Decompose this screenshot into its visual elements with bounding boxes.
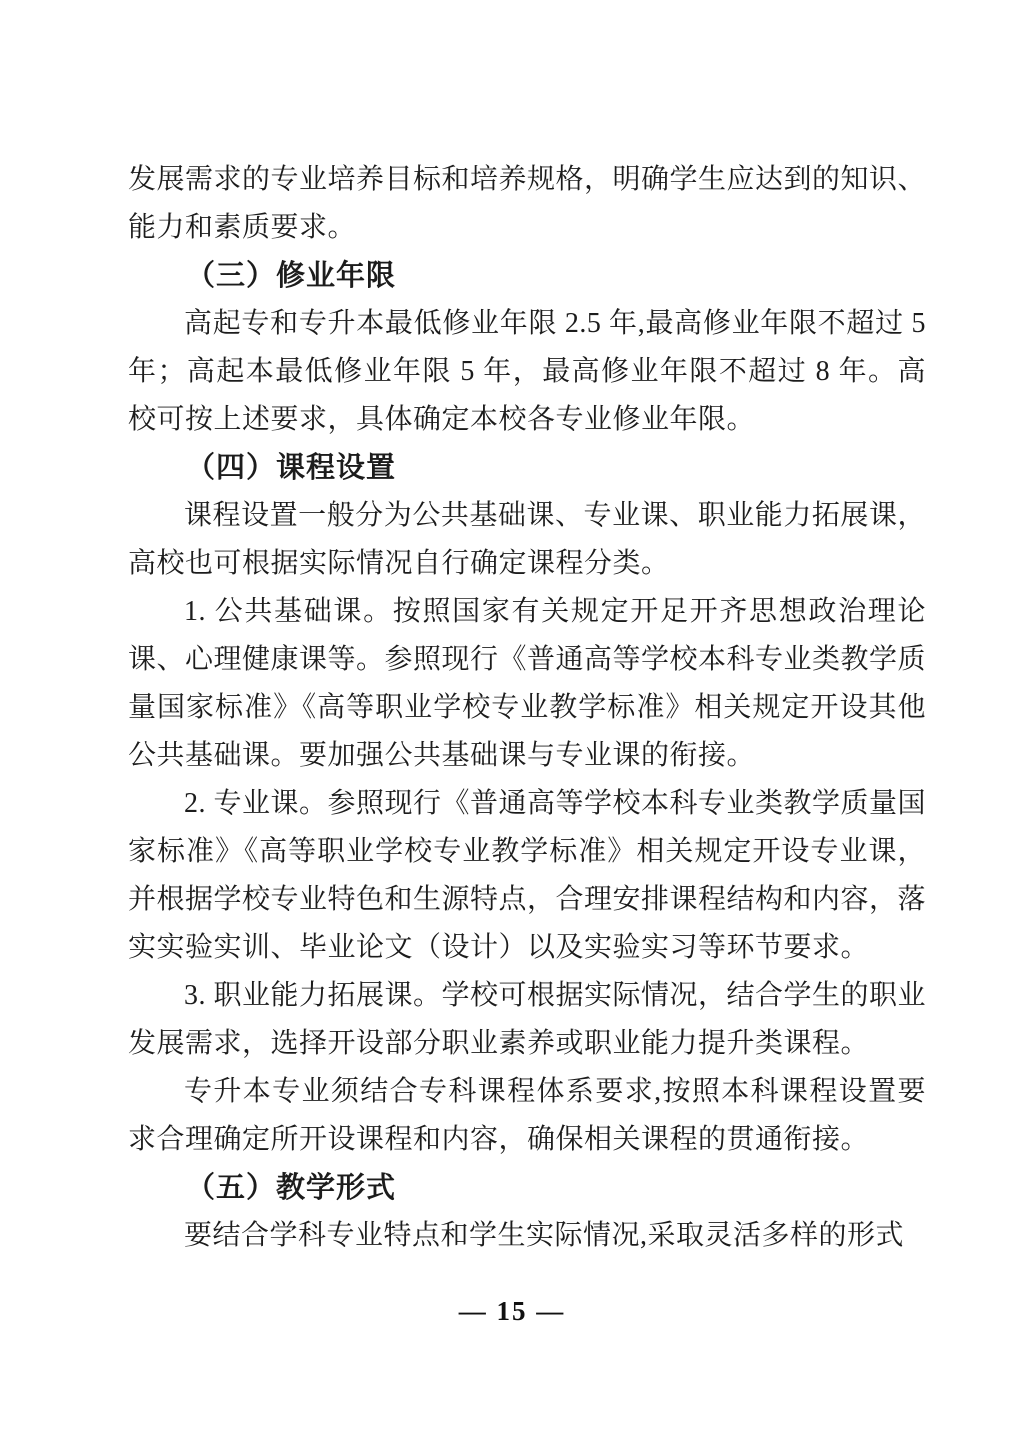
paragraph-course-categories: 课程设置一般分为公共基础课、专业课、职业能力拓展课，高校也可根据实际情况自行确定… bbox=[128, 492, 926, 588]
section-heading-3: （三）修业年限 bbox=[128, 252, 926, 300]
paragraph-continuation: 发展需求的专业培养目标和培养规格，明确学生应达到的知识、能力和素质要求。 bbox=[128, 156, 926, 252]
paragraph-item-3-vocational-ability-courses: 3. 职业能力拓展课。学校可根据实际情况，结合学生的职业发展需求，选择开设部分职… bbox=[128, 972, 926, 1068]
paragraph-study-duration: 高起专和专升本最低修业年限 2.5 年,最高修业年限不超过 5 年；高起本最低修… bbox=[128, 300, 926, 444]
section-heading-5: （五）教学形式 bbox=[128, 1164, 926, 1212]
page-number: — 15 — bbox=[0, 1296, 1024, 1327]
paragraph-item-2-major-courses: 2. 专业课。参照现行《普通高等学校本科专业类教学质量国家标准》《高等职业学校专… bbox=[128, 780, 926, 972]
document-body: 发展需求的专业培养目标和培养规格，明确学生应达到的知识、能力和素质要求。 （三）… bbox=[128, 156, 926, 1260]
paragraph-teaching-form: 要结合学科专业特点和学生实际情况,采取灵活多样的形式 bbox=[128, 1212, 926, 1260]
document-page: 发展需求的专业培养目标和培养规格，明确学生应达到的知识、能力和素质要求。 （三）… bbox=[0, 0, 1024, 1448]
section-heading-4: （四）课程设置 bbox=[128, 444, 926, 492]
paragraph-zhuanshengben-requirements: 专升本专业须结合专科课程体系要求,按照本科课程设置要求合理确定所开设课程和内容，… bbox=[128, 1068, 926, 1164]
paragraph-item-1-public-basic-courses: 1. 公共基础课。按照国家有关规定开足开齐思想政治理论课、心理健康课等。参照现行… bbox=[128, 588, 926, 780]
